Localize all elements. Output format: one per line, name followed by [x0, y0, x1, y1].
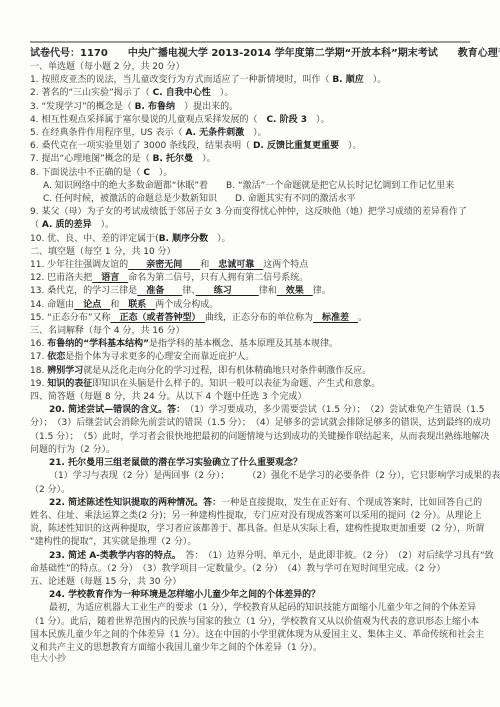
text-segment: 12. 巴甫洛夫把 — [30, 273, 92, 283]
text-segment: 亲密无间 — [128, 260, 200, 270]
doc-line: 1. 按照皮亚杰的说法，当儿童改变行为方式而适应了一种新情境时，叫作（ B. 顺… — [30, 74, 470, 87]
text-segment: 15. “正态分布”又称 — [30, 313, 111, 323]
text-segment: 17. — [30, 352, 47, 362]
text-segment: 是指学科的基本概念、基本原理及其基本规律。 — [149, 339, 338, 349]
doc-line: （2 分）。 — [30, 484, 470, 497]
text-segment: 四、简答题（每题 8 分，共 24 分。从以下 4 个题中任选 3 个完成） — [30, 392, 307, 402]
doc-line: 19. 知识的表征即知识在头脑是什么样子的。知识一般可以表征为命题、产生式和意象… — [30, 378, 470, 391]
text-segment: 14. 命题由 — [30, 300, 74, 310]
text-segment: 问题的行为（2 分）。 — [30, 445, 115, 455]
doc-line: 说，陈述性知识的这两种提取，学习者应该都善于、都具备。但是从实际上看，建构性提取… — [30, 523, 470, 536]
text-segment: 就是从泛化走向分化的学习过程，即有机体精确地只对条件刺激作反应。 — [83, 366, 371, 376]
text-segment: 语言 — [92, 273, 128, 283]
text-segment: 说，陈述性知识的这两种提取，学习者应该都善于、都具备。但是从实际上看，建构性提取… — [30, 524, 484, 534]
text-segment: 16. — [30, 339, 47, 349]
text-segment: 最初，为适应机器大工业生产的要求（1 分），学校教育从起码的知识技能方面缩小儿童… — [49, 603, 476, 613]
text-segment: （1 分）。此后，随着世界范围内的民族与国家的独立（1 分），学校教育又从以价值… — [30, 617, 479, 627]
doc-line: 姓名、住址、乘法运算之类(2 分)；另一种建构性提取，专门应对没有现成答案可以采… — [30, 510, 470, 523]
text-segment: （ — [30, 220, 42, 230]
text-segment: 答： （1）边界分明、单元小，是此即非彼。（2 分） （2）对后续学习具有“致 — [176, 551, 493, 561]
text-segment: 命基础性”的特点。（2 分） （3）教学项目一定数量少。（2 分） （4）教与学… — [30, 564, 445, 574]
text-segment: 4. 相互性观点采择属于塞尔曼说的儿童观点采择发展的（ — [30, 115, 266, 125]
text-segment: 21. 托尔曼用三组老鼠做的潜在学习实验确立了什么重要观念？ — [49, 458, 302, 468]
text-segment: A. 质的差异 — [42, 220, 92, 230]
text-segment: ）。 — [150, 168, 173, 178]
text-segment: 正态（或者答钟型） — [111, 313, 206, 323]
text-segment: C. 阶段 3 — [266, 115, 307, 125]
text-segment: （1）学习与表现（2 分）是两回事（2 分）； （2）强化不是学习的必要条件（2… — [49, 471, 500, 481]
text-segment: 是指个体为寻求更多的心理安全而靠近庇护人。 — [65, 352, 254, 362]
doc-line: 5. 在经典条件作用程序里，US 表示（ A. 无条件刺激 ）。 — [30, 127, 470, 140]
exam-page: 试卷代号：1170 中央广播电视大学 2013-2014 学年度第二学期“开放本… — [30, 41, 470, 655]
document-lines: 一、单选题（每小题 2 分，共 20 分）1. 按照皮亚杰的说法，当儿童改变行为… — [30, 61, 470, 655]
text-segment: ）提出来的。 — [175, 102, 238, 112]
doc-line: 国本民族儿童少年之间的个体差异（1 分）。这在中国的小学里就体现为从爱国主义、集… — [30, 629, 470, 642]
doc-line: 22. 简述陈述性知识提取的两种情况。答：一种是直接提取，发生在正好有、个现成答… — [30, 497, 470, 510]
text-segment: （1.5 分）； （5）此时，学习者会很快地把最初的问题情境与达到成功的关键操作… — [30, 432, 489, 442]
doc-line: 13. 桑代克，的学习三律是 准备 律、 练习 律和 效果 律。 — [30, 285, 470, 298]
text-segment: ）。 — [92, 220, 115, 230]
doc-line: 3. “发现学习”的概念是（ B. 布鲁纳 ）提出来的。 — [30, 101, 470, 114]
text-segment: 义和共产主义的思想教育方面缩小我国儿童少年之间的个体差异（1 分）。 — [30, 643, 322, 653]
text-segment: 论点 — [74, 300, 110, 310]
doc-line: 4. 相互性观点采择属于塞尔曼说的儿童观点采择发展的（ C. 阶段 3 ）。 — [30, 114, 470, 127]
text-segment: C — [143, 168, 150, 178]
text-segment: 22. 简述陈述性知识提取的两种情况。答： — [49, 498, 221, 508]
text-segment: 11. 少年往往强调友谊的 — [30, 260, 128, 270]
text-segment: 8. 下面说法中不正确的是（ — [30, 168, 143, 178]
text-segment: B. 顺序分数 — [159, 234, 208, 244]
doc-line: 五、论述题（每题 15 分，共 30 分） — [30, 576, 470, 589]
text-segment: ）。 — [244, 128, 267, 138]
doc-line: 20. 简述尝试—错误的含义。答： （1）学习要成功，多少需要尝试（1.5 分）… — [30, 404, 470, 417]
text-segment: A. 无条件刺激 — [185, 128, 244, 138]
text-segment: 国本民族儿童少年之间的个体差异（1 分）。这在中国的小学里就体现为从爱国主义、集… — [30, 630, 484, 640]
doc-line: 14. 命题由 论点 和 联系 两个成分构成。 — [30, 299, 470, 312]
doc-line: 二、填空题（每空 1 分，共 10 分） — [30, 246, 470, 259]
text-segment: 两个成分构成。 — [155, 300, 218, 310]
doc-line: C. 任何时候，被激活的命题总是少数新知识 D. 命题其实有不同的激活水平 — [30, 193, 470, 206]
text-segment: 6. 桑代克在一项实验里划了 3000 条线段，结果表明（ — [30, 141, 253, 151]
doc-line: （1 分）。此后，随着世界范围内的民族与国家的独立（1 分），学校教育又从以价值… — [30, 616, 470, 629]
exam-title: 试卷代号：1170 中央广播电视大学 2013-2014 学年度第二学期“开放本… — [30, 46, 470, 61]
text-segment: 命名为第二信号，只有人拥有第二信号系统。 — [128, 273, 308, 283]
doc-line: 最初，为适应机器大工业生产的要求（1 分），学校教育从起码的知识技能方面缩小儿童… — [30, 602, 470, 615]
doc-line: A. 知识网络中的绝大多数命题都“休眠”着 B. “激活”一个命题就是把它从长时… — [30, 180, 470, 193]
text-segment: 即知识在头脑是什么样子的。知识一般可以表征为命题、产生式和意象。 — [92, 379, 380, 389]
doc-line: 24. 学校教育作为一种环境是怎样缩小儿童少年之间的个体差异的？ — [30, 589, 470, 602]
doc-line: 三、名词解释（每个 4 分，共 16 分） — [30, 325, 470, 338]
doc-line: 18. 辨别学习就是从泛化走向分化的学习过程，即有机体精确地只对条件刺激作反应。 — [30, 365, 470, 378]
doc-line: （1.5 分）； （5）此时，学习者会很快地把最初的问题情境与达到成功的关键操作… — [30, 431, 470, 444]
doc-line: 一、单选题（每小题 2 分，共 20 分） — [30, 61, 470, 74]
text-segment: ）。 — [208, 234, 231, 244]
text-segment: 效果 — [277, 286, 313, 296]
text-segment: 7. 提出“心理地图”概念的是（ — [30, 154, 153, 164]
text-segment: ）。 — [339, 141, 362, 151]
text-segment: 忠诚可靠 — [209, 260, 263, 270]
doc-line: 15. “正态分布”又称 正态（或者答钟型） 曲线，正态分布的单位称为 标准差 … — [30, 312, 470, 325]
doc-line: 9. 某父（母）为子女的考试成绩低于邻居子女 3 分而变得忧心忡忡，这反映他（她… — [30, 206, 470, 219]
doc-line: （ A. 质的差异 ）。 — [30, 219, 470, 232]
text-segment: 律和 — [259, 286, 277, 296]
text-segment: ）。 — [211, 88, 234, 98]
text-segment: 20. 简述尝试—错误的含义。答： — [49, 405, 181, 415]
text-segment: 三、名词解释（每个 4 分，共 16 分） — [30, 326, 185, 336]
doc-line: “建构性的提取”，其实就是推理（2 分）。 — [30, 536, 470, 549]
text-segment: 18. — [30, 366, 47, 376]
text-segment: 10. 优、良、中、差的评定属于( — [30, 234, 159, 244]
text-segment: 布鲁纳的“学科基本结构” — [47, 339, 149, 349]
doc-line: 11. 少年往往强调友谊的 亲密无间 和 忠诚可靠 这两个特点 — [30, 259, 470, 272]
text-segment: 一种是直接提取，发生在正好有、个现成答案时，比如回答自己的 — [221, 498, 482, 508]
text-segment: “建构性的提取”，其实就是推理（2 分）。 — [30, 537, 196, 547]
doc-line: 16. 布鲁纳的“学科基本结构”是指学科的基本概念、基本原理及其基本规律。 — [30, 338, 470, 351]
text-segment: 准备 — [137, 286, 182, 296]
text-segment: ）。 — [364, 75, 387, 85]
text-segment: B. 托尔曼 — [153, 154, 193, 164]
top-rule — [30, 41, 470, 43]
doc-line: 义和共产主义的思想教育方面缩小我国儿童少年之间的个体差异（1 分）。 — [30, 642, 470, 655]
doc-line: 12. 巴甫洛夫把 语言 命名为第二信号，只有人拥有第二信号系统。 — [30, 272, 470, 285]
text-segment: 依恋 — [47, 352, 65, 362]
doc-line: 命基础性”的特点。（2 分） （3）教学项目一定数量少。（2 分） （4）教与学… — [30, 563, 470, 576]
text-segment: 23. 简述 A-类教学内容的特点。 — [49, 551, 176, 561]
text-segment: 曲线，正态分布的单位称为 — [205, 313, 313, 323]
text-segment: B. 顺应 — [332, 75, 363, 85]
doc-line: （1）学习与表现（2 分）是两回事（2 分）； （2）强化不是学习的必要条件（2… — [30, 470, 470, 483]
doc-line: 问题的行为（2 分）。 — [30, 444, 470, 457]
text-segment: 19. — [30, 379, 47, 389]
text-segment: 这两个特点 — [263, 260, 308, 270]
doc-line: 10. 优、良、中、差的评定属于(B. 顺序分数 ）。 — [30, 233, 470, 246]
doc-line: 7. 提出“心理地图”概念的是（ B. 托尔曼 ）。 — [30, 153, 470, 166]
text-segment: 和 — [110, 300, 119, 310]
text-segment: 2. 著名的“三山实验”揭示了（ — [30, 88, 153, 98]
page-footer-watermark: 电大小抄 — [30, 651, 66, 664]
doc-line: 6. 桑代克在一项实验里划了 3000 条线段，结果表明（ D. 反馈比重复更重… — [30, 140, 470, 153]
text-segment: 13. 桑代克，的学习三律是 — [30, 286, 137, 296]
doc-line: 8. 下面说法中不正确的是（ C ）。 — [30, 167, 470, 180]
text-segment: （2 分）。 — [30, 485, 70, 495]
text-segment: 9. 某父（母）为子女的考试成绩低于邻居子女 3 分而变得忧心忡忡，这反映他（她… — [30, 207, 467, 217]
doc-line: 四、简答题（每题 8 分，共 24 分。从以下 4 个题中任选 3 个完成） — [30, 391, 470, 404]
text-segment: 一、单选题（每小题 2 分，共 20 分） — [30, 62, 185, 72]
text-segment: ）。 — [307, 115, 330, 125]
text-segment: （1）学习要成功，多少需要尝试（1.5 分）； （2）尝试难免产生错误（1.5 — [181, 405, 485, 415]
text-segment: 律、 — [182, 286, 196, 296]
doc-line: 2. 著名的“三山实验”揭示了（ C. 自我中心性 ）。 — [30, 87, 470, 100]
text-segment: C. 任何时候，被激活的命题总是少数新知识 D. 命题其实有不同的激活水平 — [43, 194, 356, 204]
doc-line: 21. 托尔曼用三组老鼠做的潜在学习实验确立了什么重要观念？ — [30, 457, 470, 470]
text-segment: 练习 — [196, 286, 259, 296]
text-segment: 姓名、住址、乘法运算之类(2 分)；另一种建构性提取，专门应对没有现成答案可以采… — [30, 511, 482, 521]
text-segment: C. 自我中心性 — [153, 88, 211, 98]
doc-line: 分）； （3）后继尝试会消除先前尝试的错误（1.5 分）； （4）足够多的尝试就… — [30, 417, 470, 430]
text-segment: 五、论述题（每题 15 分，共 30 分） — [30, 577, 181, 587]
text-segment: 知识的表征 — [47, 379, 92, 389]
text-segment: 。 — [358, 313, 367, 323]
text-segment: 标准差 — [313, 313, 358, 323]
text-segment: 二、填空题（每空 1 分，共 10 分） — [30, 247, 176, 257]
text-segment: 24. 学校教育作为一种环境是怎样缩小儿童少年之间的个体差异的？ — [49, 590, 320, 600]
text-segment: 联系 — [119, 300, 155, 310]
text-segment: D. 反馈比重复更重要 — [253, 141, 339, 151]
doc-line: 17. 依恋是指个体为寻求更多的心理安全而靠近庇护人。 — [30, 351, 470, 364]
text-segment: 律。 — [313, 286, 331, 296]
text-segment: 1. 按照皮亚杰的说法，当儿童改变行为方式而适应了一种新情境时，叫作（ — [30, 75, 332, 85]
text-segment: B. 布鲁纳 — [135, 102, 175, 112]
text-segment: 分）； （3）后继尝试会消除先前尝试的错误（1.5 分）； （4）足够多的尝试就… — [30, 418, 491, 428]
text-segment: 和 — [200, 260, 209, 270]
text-segment: ）。 — [193, 154, 216, 164]
text-segment: A. 知识网络中的绝大多数命题都“休眠”着 B. “激活”一个命题就是把它从长时… — [43, 181, 454, 191]
doc-line: 23. 简述 A-类教学内容的特点。 答： （1）边界分明、单元小，是此即非彼。… — [30, 550, 470, 563]
text-segment: 辨别学习 — [47, 366, 83, 376]
text-segment: 3. “发现学习”的概念是（ — [30, 102, 135, 112]
text-segment: 5. 在经典条件作用程序里，US 表示（ — [30, 128, 185, 138]
